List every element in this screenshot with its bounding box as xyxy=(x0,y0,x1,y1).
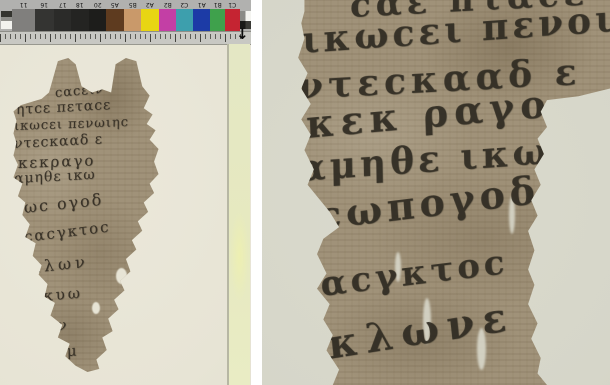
greek-text-line: εξ μ xyxy=(40,341,79,362)
patch-swatch xyxy=(71,9,88,31)
ruler-scale xyxy=(0,31,251,44)
patch-swatch xyxy=(193,9,210,31)
color-patch-B5: B5 xyxy=(124,0,141,31)
papyrus-closeup-fragment: ϲαε πταϲεικωϲει πενοιηντεϲκααδ εκεκ ραγο… xyxy=(295,0,610,385)
color-patch-A5: A5 xyxy=(106,0,123,31)
checker-endcap-left xyxy=(1,11,12,29)
patch-swatch xyxy=(89,9,106,31)
patch-swatch xyxy=(12,9,35,31)
patch-label: B2 xyxy=(159,0,176,9)
patch-label: 17 xyxy=(54,0,71,9)
color-calibration-bar: 1116171820A5B5A2B2C2A1B1C1 xyxy=(0,0,251,45)
patch-label: 16 xyxy=(35,0,53,9)
patch-label: C2 xyxy=(176,0,193,9)
patch-label: A5 xyxy=(106,0,123,9)
patch-label: B1 xyxy=(210,0,226,9)
papyrus-hole xyxy=(92,302,100,314)
ruler-coarse-ticks xyxy=(0,34,243,42)
patch-swatch xyxy=(106,9,123,31)
patch-swatch xyxy=(35,9,53,31)
patch-label: B5 xyxy=(124,0,141,9)
papyrus-fragment: ϲαϲεινητϲε πεταϲεικωϲει πενωιηϲντεϲκααδ … xyxy=(12,58,160,372)
color-patch-A1: A1 xyxy=(193,0,210,31)
mount-edge-strip xyxy=(227,44,250,385)
patch-label: 20 xyxy=(89,0,106,9)
color-patch-17: 17 xyxy=(54,0,71,31)
patch-label: 18 xyxy=(71,0,88,9)
color-patch-B1: B1 xyxy=(210,0,226,31)
color-patch-18: 18 xyxy=(71,0,88,31)
patch-swatch xyxy=(54,9,71,31)
color-patch-B2: B2 xyxy=(159,0,176,31)
color-patch-16: 16 xyxy=(35,0,53,31)
patch-swatch xyxy=(210,9,226,31)
patch-label: A2 xyxy=(141,0,158,9)
patch-swatch xyxy=(124,9,141,31)
color-patch-20: 20 xyxy=(89,0,106,31)
right-photo-papyrus-closeup: ϲαε πταϲεικωϲει πενοιηντεϲκααδ εκεκ ραγο… xyxy=(262,0,610,385)
color-patch-A2: A2 xyxy=(141,0,158,31)
patch-label: 11 xyxy=(12,0,35,9)
color-patch-C2: C2 xyxy=(176,0,193,31)
left-photo-papyrus-with-color-bar: 1116171820A5B5A2B2C2A1B1C1 ↓ ϲαϲεινητϲε … xyxy=(0,0,251,385)
patch-swatch xyxy=(176,9,193,31)
color-patch-row: 1116171820A5B5A2B2C2A1B1C1 xyxy=(0,0,251,31)
papyrus-hole xyxy=(116,268,127,284)
patch-swatch xyxy=(141,9,158,31)
color-patch-11: 11 xyxy=(12,0,35,31)
patch-swatch xyxy=(159,9,176,31)
patch-label: A1 xyxy=(193,0,210,9)
greek-text-line: μεν xyxy=(34,316,70,337)
down-arrow-icon: ↓ xyxy=(236,27,249,42)
patch-label: C1 xyxy=(225,0,240,9)
